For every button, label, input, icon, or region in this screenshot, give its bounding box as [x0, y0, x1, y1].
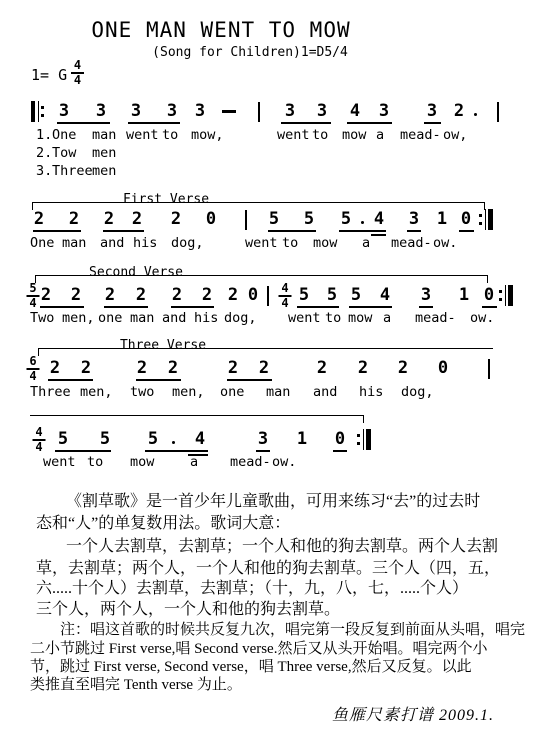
- time-signature: 44: [33, 427, 46, 453]
- beam-underline: [347, 122, 392, 124]
- repeat-end-thin-bar: [485, 209, 487, 230]
- song-title: ONE MAN WENT TO MOW: [91, 17, 350, 43]
- lyric-syllable: mow,: [191, 127, 224, 143]
- beam-underline: [227, 379, 272, 381]
- lyric-syllable: Tow: [52, 145, 76, 161]
- lyric-syllable: and: [100, 235, 124, 251]
- verse-label: Three Verse: [120, 339, 206, 353]
- beam-underline: [33, 230, 81, 232]
- note: 2: [202, 286, 212, 304]
- lyric-syllable: mow: [348, 310, 372, 326]
- lyric-syllable: men: [92, 163, 116, 179]
- note: 3: [427, 102, 437, 120]
- augmentation-dot: [172, 441, 175, 444]
- lyric-syllable: ow.: [470, 310, 494, 326]
- note: 2: [317, 359, 327, 377]
- beam-underline: [281, 122, 331, 124]
- lyric-syllable: men,: [172, 384, 205, 400]
- lyric-syllable: mead-: [415, 310, 456, 326]
- beam-underline: [128, 122, 180, 124]
- ts-numerator: 5: [27, 283, 40, 294]
- lyric-syllable: ow.: [433, 235, 457, 251]
- text-line: 一个人去割草，去割草；一个人和他的狗去割草。两个人去割: [66, 537, 498, 557]
- verse-label: First Verse: [123, 193, 209, 207]
- repeat-dot: [499, 298, 502, 301]
- ts-denominator: 4: [27, 298, 40, 309]
- note: 4: [350, 102, 360, 120]
- note: 5: [58, 430, 68, 448]
- beam-underline: [103, 230, 144, 232]
- text-line: 三个人，两个人，一个人和他的狗去割草。: [36, 600, 340, 620]
- note: 2: [41, 286, 51, 304]
- repeat-dot: [479, 214, 482, 217]
- lyric-syllable: man: [62, 235, 86, 251]
- lyric-syllable: man: [92, 127, 116, 143]
- lyric-syllable: mow: [130, 454, 154, 470]
- lyric-syllable: a: [190, 454, 198, 470]
- text-line: 态和“人”的单复数用法。歌词大意：: [36, 514, 290, 534]
- note: 2: [228, 286, 238, 304]
- note: 2: [454, 102, 464, 120]
- beam-underline: [40, 306, 84, 308]
- lyric-syllable: 1.: [36, 127, 52, 143]
- note: 3: [379, 102, 389, 120]
- lyric-syllable: Three: [52, 163, 93, 179]
- repeat-end-thick-bar: [488, 209, 493, 230]
- beam-underline: [57, 122, 110, 124]
- text-line: 六.....十个人）去割草，去割草；（十，九，八，七，.....个人）: [36, 579, 468, 599]
- ts-numerator: 4: [33, 427, 46, 438]
- beam-underline: [349, 306, 392, 308]
- lyric-syllable: One: [52, 127, 76, 143]
- song-subtitle: (Song for Children)1=D5/4: [152, 45, 348, 61]
- lyric-syllable: his: [359, 384, 383, 400]
- note: 2: [81, 359, 91, 377]
- augmentation-dot: [474, 113, 477, 116]
- lyric-syllable: mead-: [230, 454, 271, 470]
- note: 5: [341, 210, 351, 228]
- ts-numerator: 6: [27, 356, 40, 367]
- note: 3: [195, 102, 205, 120]
- note: 4: [195, 430, 205, 448]
- note: 1: [297, 430, 307, 448]
- note: 0: [461, 210, 471, 228]
- note: 0: [484, 286, 494, 304]
- beam-underline-2: [371, 234, 386, 236]
- augmentation-dot: [361, 221, 364, 224]
- repeat-end-thick-bar: [366, 429, 371, 450]
- lyric-syllable: man: [266, 384, 290, 400]
- beam-underline: [297, 306, 339, 308]
- lyric-syllable: men,: [62, 310, 95, 326]
- lyric-syllable: men,: [80, 384, 113, 400]
- lyric-syllable: mead-: [391, 235, 432, 251]
- lyric-syllable: 2.: [36, 145, 52, 161]
- text-line: 节，跳过 First verse, Second verse，唱 Three v…: [30, 657, 472, 677]
- lyric-syllable: went: [43, 454, 76, 470]
- note: 1: [437, 210, 447, 228]
- note: 2: [398, 359, 408, 377]
- barline: [497, 102, 499, 122]
- ts-denominator: 4: [33, 442, 46, 453]
- note: 2: [34, 210, 44, 228]
- note: 2: [105, 286, 115, 304]
- lyric-syllable: dog,: [171, 235, 204, 251]
- beam-underline: [48, 379, 93, 381]
- volta-bracket-line: [38, 348, 493, 349]
- beam-underline: [407, 230, 421, 232]
- note: 5: [304, 210, 314, 228]
- barline: [245, 210, 247, 230]
- lyric-syllable: to: [162, 127, 178, 143]
- note: 5: [327, 286, 337, 304]
- time-signature: 44: [279, 283, 292, 309]
- text-line: 二小节跳过 First verse,唱 Second verse.然后又从头开始…: [30, 639, 487, 659]
- verse-label: Second Verse: [89, 266, 183, 280]
- note: 3: [167, 102, 177, 120]
- note: 0: [438, 359, 448, 377]
- key-time-signature: 4 4: [71, 60, 84, 86]
- note: 2: [171, 210, 181, 228]
- note: 3: [258, 430, 268, 448]
- note: 4: [374, 210, 384, 228]
- note: 2: [136, 286, 146, 304]
- note: 2: [137, 359, 147, 377]
- note: 2: [50, 359, 60, 377]
- lyric-syllable: to: [312, 127, 328, 143]
- lyric-syllable: men: [92, 145, 116, 161]
- repeat-dot: [499, 290, 502, 293]
- beam-underline: [482, 306, 497, 308]
- text-line: 注：唱这首歌的时候共反复九次，唱完第一段反复到前面从头唱，唱完: [60, 620, 525, 640]
- volta-bracket-left-tick: [32, 202, 33, 210]
- beam-underline: [55, 450, 111, 452]
- text-line: 草，去割草；两个人，一个人和他的狗去割草。三个人（四，五，: [36, 559, 500, 579]
- beam-underline: [419, 306, 433, 308]
- lyric-syllable: two: [130, 384, 154, 400]
- repeat-end-thick-bar: [508, 285, 513, 306]
- note: 3: [59, 102, 69, 120]
- lyric-syllable: a: [362, 235, 370, 251]
- lyric-syllable: One: [30, 235, 54, 251]
- lyric-syllable: and: [313, 384, 337, 400]
- note: 0: [248, 286, 258, 304]
- note: 5: [148, 430, 158, 448]
- credit: 鱼雁尺素打谱 2009.1.: [332, 702, 494, 725]
- lyric-syllable: his: [133, 235, 157, 251]
- lyric-syllable: one: [220, 384, 244, 400]
- repeat-dot: [357, 434, 360, 437]
- text-line: 类推直至唱完 Tenth verse 为止。: [30, 675, 242, 695]
- note: 3: [285, 102, 295, 120]
- note: 2: [358, 359, 368, 377]
- note: 0: [335, 430, 345, 448]
- note: 2: [172, 286, 182, 304]
- lyric-syllable: Three: [30, 384, 71, 400]
- lyric-syllable: mow: [313, 235, 337, 251]
- ts-numerator: 4: [279, 283, 292, 294]
- beam-underline: [145, 450, 208, 452]
- lyric-syllable: ow,: [443, 127, 467, 143]
- volta-bracket-right-tick: [363, 415, 364, 423]
- lyric-syllable: and: [162, 310, 186, 326]
- text-line: 《割草歌》是一首少年儿童歌曲，可用来练习“去”的过去时: [66, 492, 480, 512]
- note: 3: [409, 210, 419, 228]
- lyric-syllable: his: [194, 310, 218, 326]
- note: 2: [132, 210, 142, 228]
- lyric-syllable: a: [383, 310, 391, 326]
- ts-numerator: 4: [71, 60, 84, 71]
- lyric-syllable: to: [325, 310, 341, 326]
- note: 2: [69, 210, 79, 228]
- repeat-end-thin-bar: [505, 285, 507, 306]
- note: 2: [228, 359, 238, 377]
- beam-underline: [424, 122, 441, 124]
- repeat-dot: [479, 222, 482, 225]
- half-note-dash: [222, 110, 236, 113]
- note: 4: [380, 286, 390, 304]
- beam-underline: [268, 230, 316, 232]
- barline: [267, 286, 269, 306]
- beam-underline: [333, 450, 347, 452]
- lyric-syllable: went: [245, 235, 278, 251]
- lyric-syllable: to: [87, 454, 103, 470]
- note: 1: [459, 286, 469, 304]
- time-signature: 64: [27, 356, 40, 382]
- volta-bracket-left-tick: [38, 348, 39, 356]
- note: 3: [317, 102, 327, 120]
- barline: [488, 359, 490, 379]
- lyric-syllable: ow.: [272, 454, 296, 470]
- lyric-syllable: to: [282, 235, 298, 251]
- lyric-syllable: a: [376, 127, 384, 143]
- repeat-dot: [41, 114, 44, 117]
- note: 2: [168, 359, 178, 377]
- note: 3: [131, 102, 141, 120]
- note: 2: [104, 210, 114, 228]
- lyric-syllable: one: [98, 310, 122, 326]
- repeat-dot: [357, 442, 360, 445]
- beam-underline: [459, 230, 474, 232]
- lyric-syllable: went: [126, 127, 159, 143]
- beam-underline: [171, 306, 214, 308]
- ts-denominator: 4: [27, 371, 40, 382]
- repeat-begin-thick-bar: [31, 101, 35, 122]
- note: 2: [71, 286, 81, 304]
- lyric-syllable: Two: [30, 310, 54, 326]
- note: 3: [421, 286, 431, 304]
- note: 5: [269, 210, 279, 228]
- note: 2: [259, 359, 269, 377]
- lyric-syllable: man: [130, 310, 154, 326]
- lyric-syllable: went: [288, 310, 321, 326]
- beam-underline: [104, 306, 148, 308]
- note: 0: [206, 210, 216, 228]
- beam-underline: [256, 450, 270, 452]
- lyric-syllable: 3.: [36, 163, 52, 179]
- ts-denominator: 4: [71, 75, 84, 86]
- lyric-syllable: mow: [342, 127, 366, 143]
- key-signature: 1= G: [31, 66, 67, 84]
- barline: [258, 102, 260, 122]
- repeat-end-thin-bar: [363, 429, 365, 450]
- volta-bracket-line: [32, 202, 484, 203]
- note: 5: [351, 286, 361, 304]
- lyric-syllable: dog,: [401, 384, 434, 400]
- ts-denominator: 4: [279, 298, 292, 309]
- lyric-syllable: went: [277, 127, 310, 143]
- note: 3: [96, 102, 106, 120]
- score-page: ONE MAN WENT TO MOW (Song for Children)1…: [0, 0, 540, 732]
- volta-bracket-line: [30, 415, 363, 416]
- lyric-syllable: mead-: [400, 127, 441, 143]
- note: 5: [100, 430, 110, 448]
- note: 5: [299, 286, 309, 304]
- beam-underline: [339, 230, 386, 232]
- beam-underline: [136, 379, 181, 381]
- repeat-dot: [41, 106, 44, 109]
- lyric-syllable: dog,: [224, 310, 257, 326]
- repeat-begin-thin-bar: [38, 101, 40, 122]
- volta-bracket-right-tick: [487, 275, 488, 283]
- time-signature: 54: [27, 283, 40, 309]
